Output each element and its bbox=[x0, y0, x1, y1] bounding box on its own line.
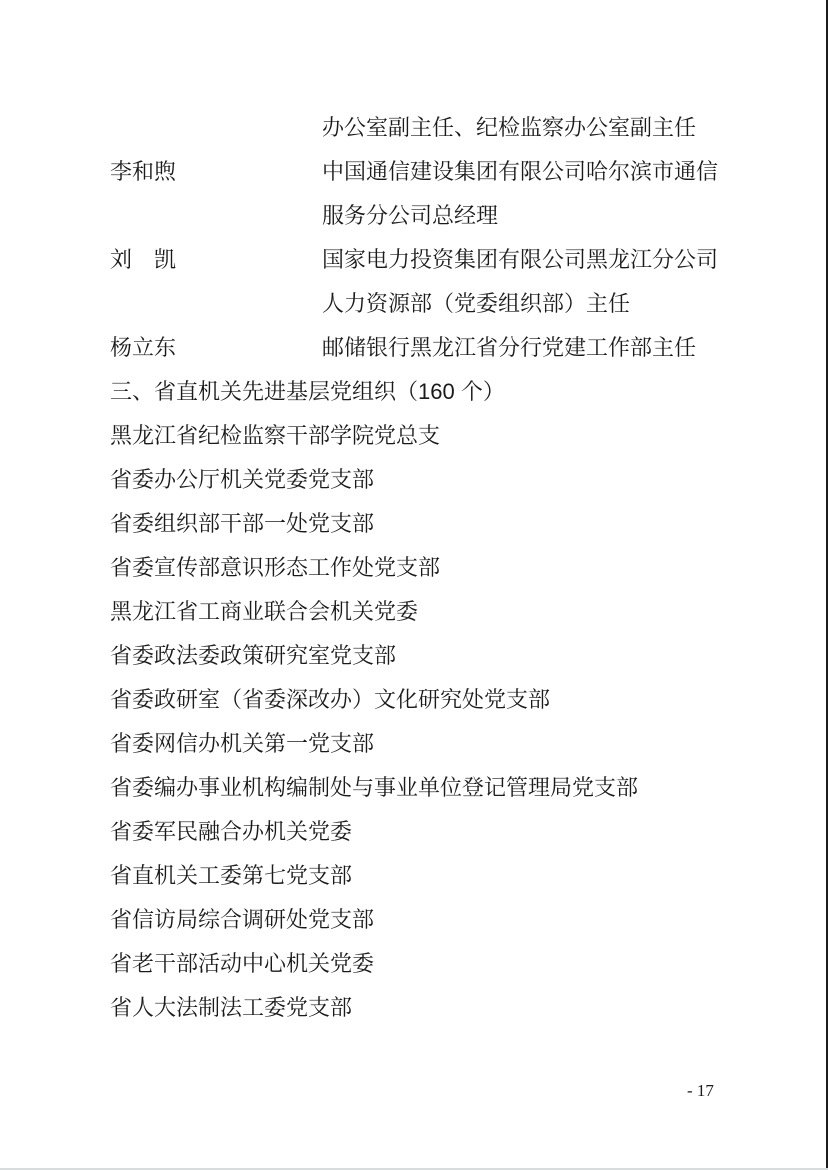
org-list-item: 黑龙江省纪检监察干部学院党总支 bbox=[110, 414, 718, 458]
award-title: 邮储银行黑龙江省分行党建工作部主任 bbox=[322, 326, 718, 370]
org-list-item: 省直机关工委第七党支部 bbox=[110, 854, 718, 898]
award-title: 国家电力投资集团有限公司黑龙江分公司人力资源部（党委组织部）主任 bbox=[322, 238, 718, 326]
award-title: 中国通信建设集团有限公司哈尔滨市通信服务分公司总经理 bbox=[322, 150, 718, 238]
org-list-item: 省老干部活动中心机关党委 bbox=[110, 942, 718, 986]
award-row: 刘 凯 国家电力投资集团有限公司黑龙江分公司人力资源部（党委组织部）主任 bbox=[110, 238, 718, 326]
award-name: 李和煦 bbox=[110, 150, 322, 194]
award-row: 杨立东 邮储银行黑龙江省分行党建工作部主任 bbox=[110, 326, 718, 370]
award-title-continuation: 办公室副主任、纪检监察办公室副主任 bbox=[322, 106, 718, 150]
org-list-item: 省委政研室（省委深改办）文化研究处党支部 bbox=[110, 678, 718, 722]
document-page: 办公室副主任、纪检监察办公室副主任 李和煦 中国通信建设集团有限公司哈尔滨市通信… bbox=[0, 0, 828, 1170]
org-list-item: 省委政法委政策研究室党支部 bbox=[110, 634, 718, 678]
section-heading: 三、省直机关先进基层党组织（160 个） bbox=[110, 370, 718, 414]
org-list-item: 省委宣传部意识形态工作处党支部 bbox=[110, 546, 718, 590]
org-list-item: 省委组织部干部一处党支部 bbox=[110, 502, 718, 546]
org-list-item: 黑龙江省工商业联合会机关党委 bbox=[110, 590, 718, 634]
award-name: 刘 凯 bbox=[110, 238, 322, 282]
org-list-item: 省委办公厅机关党委党支部 bbox=[110, 458, 718, 502]
org-list-item: 省信访局综合调研处党支部 bbox=[110, 898, 718, 942]
org-list-item: 省委网信办机关第一党支部 bbox=[110, 722, 718, 766]
page-number: - 17 bbox=[687, 1080, 714, 1102]
award-row: 李和煦 中国通信建设集团有限公司哈尔滨市通信服务分公司总经理 bbox=[110, 150, 718, 238]
org-list-item: 省人大法制法工委党支部 bbox=[110, 986, 718, 1030]
award-name: 杨立东 bbox=[110, 326, 322, 370]
award-row-continuation: 办公室副主任、纪检监察办公室副主任 bbox=[110, 106, 718, 150]
document-content: 办公室副主任、纪检监察办公室副主任 李和煦 中国通信建设集团有限公司哈尔滨市通信… bbox=[110, 106, 718, 1030]
org-list-item: 省委军民融合办机关党委 bbox=[110, 810, 718, 854]
org-list-item: 省委编办事业机构编制处与事业单位登记管理局党支部 bbox=[110, 766, 718, 810]
